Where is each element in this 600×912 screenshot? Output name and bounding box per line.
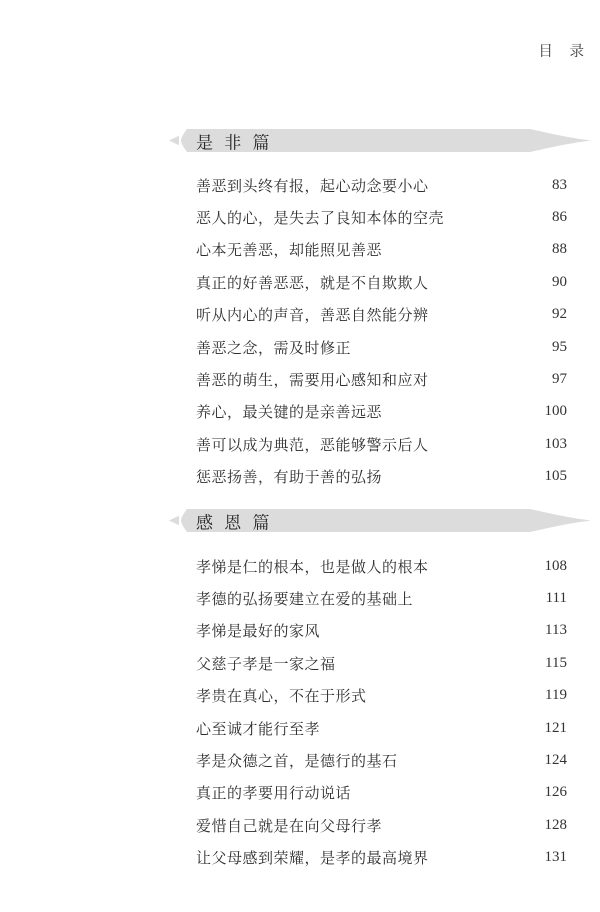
toc-list-ganen: 孝悌是仁的根本，也是做人的根本108 孝德的弘扬要建立在爱的基础上111 孝悌是…: [196, 550, 567, 874]
toc-entry: 善恶到头终有报，起心动念要小心83: [196, 169, 567, 201]
toc-entry: 惩恶扬善，有助于善的弘扬105: [196, 461, 567, 493]
toc-entry-page: 121: [545, 720, 568, 737]
section-banner-shifei: 是 非 篇: [168, 129, 592, 152]
toc-entry-page: 83: [552, 177, 567, 194]
section-title: 是 非 篇: [196, 128, 270, 153]
toc-entry-page: 92: [552, 306, 567, 323]
toc-entry-page: 111: [546, 590, 567, 607]
toc-entry-page: 95: [552, 339, 567, 356]
toc-entry-page: 108: [545, 558, 568, 575]
toc-entry-page: 86: [552, 209, 567, 226]
toc-entry: 孝悌是仁的根本，也是做人的根本108: [196, 550, 567, 582]
toc-entry-page: 97: [552, 371, 567, 388]
toc-entry-title: 父慈子孝是一家之福: [196, 653, 336, 674]
toc-entry: 听从内心的声音，善恶自然能分辨92: [196, 299, 567, 331]
toc-entry-title: 心至诚才能行至孝: [196, 718, 320, 739]
page-header-title: 目 录: [538, 40, 585, 61]
toc-entry-title: 孝悌是仁的根本，也是做人的根本: [196, 556, 429, 577]
toc-entry-page: 88: [552, 241, 567, 258]
toc-entry-page: 131: [545, 849, 568, 866]
toc-entry-page: 100: [545, 403, 568, 420]
toc-entry: 孝德的弘扬要建立在爱的基础上111: [196, 582, 567, 614]
toc-entry: 父慈子孝是一家之福115: [196, 647, 567, 679]
toc-entry-page: 90: [552, 274, 567, 291]
toc-entry-page: 115: [545, 655, 567, 672]
toc-entry-page: 103: [545, 436, 568, 453]
toc-entry-page: 119: [545, 687, 567, 704]
toc-entry: 善恶之念，需及时修正95: [196, 331, 567, 363]
toc-entry: 爱惜自己就是在向父母行孝128: [196, 809, 567, 841]
toc-entry: 心至诚才能行至孝121: [196, 712, 567, 744]
toc-entry-page: 105: [545, 468, 568, 485]
toc-entry-title: 爱惜自己就是在向父母行孝: [196, 815, 382, 836]
toc-entry: 让父母感到荣耀，是孝的最高境界131: [196, 842, 567, 874]
toc-entry-title: 养心，最关键的是亲善远恶: [196, 401, 382, 422]
toc-entry-title: 真正的孝要用行动说话: [196, 782, 351, 803]
toc-entry-title: 惩恶扬善，有助于善的弘扬: [196, 466, 382, 487]
toc-entry-page: 126: [545, 784, 568, 801]
toc-entry-page: 124: [545, 752, 568, 769]
toc-entry: 真正的孝要用行动说话126: [196, 777, 567, 809]
toc-entry: 孝贵在真心，不在于形式119: [196, 680, 567, 712]
toc-entry: 善恶的萌生，需要用心感知和应对97: [196, 363, 567, 395]
section-banner-ganen: 感 恩 篇: [168, 509, 592, 532]
toc-entry-title: 心本无善恶，却能照见善恶: [196, 239, 382, 260]
toc-list-shifei: 善恶到头终有报，起心动念要小心83 恶人的心，是失去了良知本体的空壳86 心本无…: [196, 169, 567, 493]
toc-entry: 心本无善恶，却能照见善恶88: [196, 234, 567, 266]
toc-entry: 养心，最关键的是亲善远恶100: [196, 396, 567, 428]
toc-entry-page: 128: [545, 817, 568, 834]
toc-entry-title: 善恶的萌生，需要用心感知和应对: [196, 369, 429, 390]
toc-entry-title: 孝德的弘扬要建立在爱的基础上: [196, 588, 413, 609]
toc-entry-title: 恶人的心，是失去了良知本体的空壳: [196, 207, 444, 228]
toc-entry-title: 善恶到头终有报，起心动念要小心: [196, 175, 429, 196]
toc-entry: 真正的好善恶恶，就是不自欺欺人90: [196, 266, 567, 298]
toc-entry-page: 113: [545, 622, 567, 639]
toc-entry-title: 善恶之念，需及时修正: [196, 337, 351, 358]
toc-entry: 孝是众德之首，是德行的基石124: [196, 744, 567, 776]
toc-entry-title: 真正的好善恶恶，就是不自欺欺人: [196, 272, 429, 293]
toc-entry-title: 孝悌是最好的家风: [196, 620, 320, 641]
toc-page: 目 录 是 非 篇 善恶到头终有报，起心动念要小心83 恶人的心，是失去了良知本…: [0, 0, 600, 912]
toc-entry: 孝悌是最好的家风113: [196, 615, 567, 647]
section-title: 感 恩 篇: [196, 508, 270, 533]
toc-entry: 恶人的心，是失去了良知本体的空壳86: [196, 201, 567, 233]
toc-entry-title: 善可以成为典范，恶能够警示后人: [196, 434, 429, 455]
toc-entry-title: 孝贵在真心，不在于形式: [196, 685, 367, 706]
toc-entry-title: 孝是众德之首，是德行的基石: [196, 750, 398, 771]
toc-entry-title: 听从内心的声音，善恶自然能分辨: [196, 304, 429, 325]
toc-entry-title: 让父母感到荣耀，是孝的最高境界: [196, 847, 429, 868]
toc-entry: 善可以成为典范，恶能够警示后人103: [196, 428, 567, 460]
